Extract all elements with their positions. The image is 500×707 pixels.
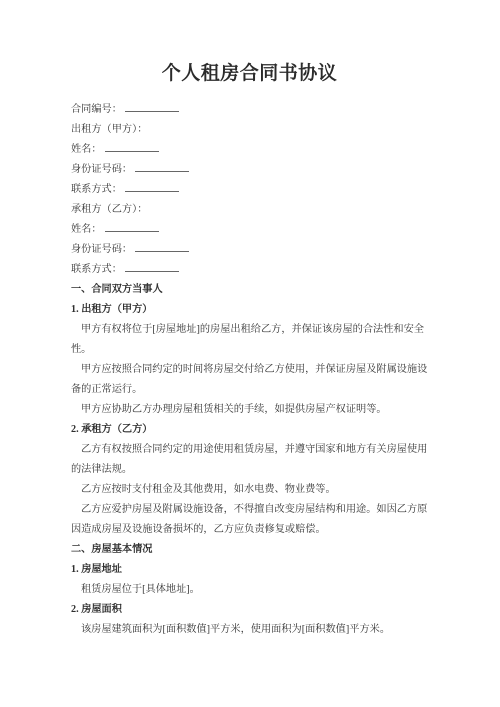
form-field-line: 姓名： — [71, 140, 428, 160]
line-text: 一、合同双方当事人 — [71, 284, 163, 295]
paragraph: 乙方应按时支付租金及其他费用，如水电费、物业费等。 — [71, 480, 428, 500]
document-title: 个人租房合同书协议 — [71, 60, 428, 88]
line-text: 1. 房屋地址 — [71, 564, 122, 575]
form-field-line: 身份证号码： — [71, 160, 428, 180]
clause-subheading: 2. 房屋面积 — [71, 600, 428, 620]
paragraph: 乙方有权按照合同约定的用途使用租赁房屋，并遵守国家和地方有关房屋使用的法律法规。 — [71, 440, 428, 480]
line-text: 甲方有权将位于[房屋地址]的房屋出租给乙方，并保证该房屋的合法性和安全性。 — [71, 324, 424, 355]
line-text: 1. 出租方（甲方） — [71, 304, 153, 315]
field-label: 身份证号码： — [71, 244, 132, 255]
clause-subheading: 1. 出租方（甲方） — [71, 300, 428, 320]
section-heading: 一、合同双方当事人 — [71, 280, 428, 300]
blank-underline — [125, 180, 179, 192]
paragraph: 乙方应爱护房屋及附属设施设备，不得擅自改变房屋结构和用途。如因乙方原因造成房屋及… — [71, 500, 428, 540]
line-text: 租赁房屋位于[具体地址]。 — [81, 584, 200, 595]
field-label: 承租方（乙方）： — [71, 204, 147, 215]
form-field-line: 合同编号： — [71, 100, 428, 120]
form-field-line: 姓名： — [71, 220, 428, 240]
form-field-line: 身份证号码： — [71, 240, 428, 260]
field-label: 姓名： — [71, 224, 102, 235]
line-text: 甲方应协助乙方办理房屋租赁相关的手续，如提供房屋产权证明等。 — [81, 404, 387, 415]
paragraph: 甲方应按照合同约定的时间将房屋交付给乙方使用，并保证房屋及附属设施设备的正常运行… — [71, 360, 428, 400]
form-field-line: 联系方式： — [71, 180, 428, 200]
field-label: 姓名： — [71, 144, 102, 155]
document-body: 合同编号：出租方（甲方）：姓名：身份证号码：联系方式：承租方（乙方）：姓名：身份… — [71, 100, 428, 640]
form-field-line: 出租方（甲方）： — [71, 120, 428, 140]
form-field-line: 承租方（乙方）： — [71, 200, 428, 220]
line-text: 2. 承租方（乙方） — [71, 424, 153, 435]
paragraph: 甲方应协助乙方办理房屋租赁相关的手续，如提供房屋产权证明等。 — [71, 400, 428, 420]
line-text: 甲方应按照合同约定的时间将房屋交付给乙方使用，并保证房屋及附属设施设备的正常运行… — [71, 364, 427, 395]
blank-underline — [105, 140, 159, 152]
blank-underline — [125, 100, 179, 112]
paragraph: 租赁房屋位于[具体地址]。 — [71, 580, 428, 600]
contract-document-page: 个人租房合同书协议 合同编号：出租方（甲方）：姓名：身份证号码：联系方式：承租方… — [0, 0, 500, 707]
form-field-line: 联系方式： — [71, 260, 428, 280]
blank-underline — [135, 160, 189, 172]
clause-subheading: 2. 承租方（乙方） — [71, 420, 428, 440]
line-text: 该房屋建筑面积为[面积数值]平方米，使用面积为[面积数值]平方米。 — [81, 624, 390, 635]
blank-underline — [105, 220, 159, 232]
field-label: 联系方式： — [71, 264, 122, 275]
field-label: 联系方式： — [71, 184, 122, 195]
field-label: 合同编号： — [71, 104, 122, 115]
paragraph: 该房屋建筑面积为[面积数值]平方米，使用面积为[面积数值]平方米。 — [71, 620, 428, 640]
blank-underline — [135, 240, 189, 252]
line-text: 2. 房屋面积 — [71, 604, 122, 615]
line-text: 二、房屋基本情况 — [71, 544, 153, 555]
line-text: 乙方应按时支付租金及其他费用，如水电费、物业费等。 — [81, 484, 336, 495]
line-text: 乙方有权按照合同约定的用途使用租赁房屋，并遵守国家和地方有关房屋使用的法律法规。 — [71, 444, 427, 475]
blank-underline — [125, 260, 179, 272]
paragraph: 甲方有权将位于[房屋地址]的房屋出租给乙方，并保证该房屋的合法性和安全性。 — [71, 320, 428, 360]
field-label: 出租方（甲方）： — [71, 124, 147, 135]
clause-subheading: 1. 房屋地址 — [71, 560, 428, 580]
section-heading: 二、房屋基本情况 — [71, 540, 428, 560]
line-text: 乙方应爱护房屋及附属设施设备，不得擅自改变房屋结构和用途。如因乙方原因造成房屋及… — [71, 504, 427, 535]
field-label: 身份证号码： — [71, 164, 132, 175]
